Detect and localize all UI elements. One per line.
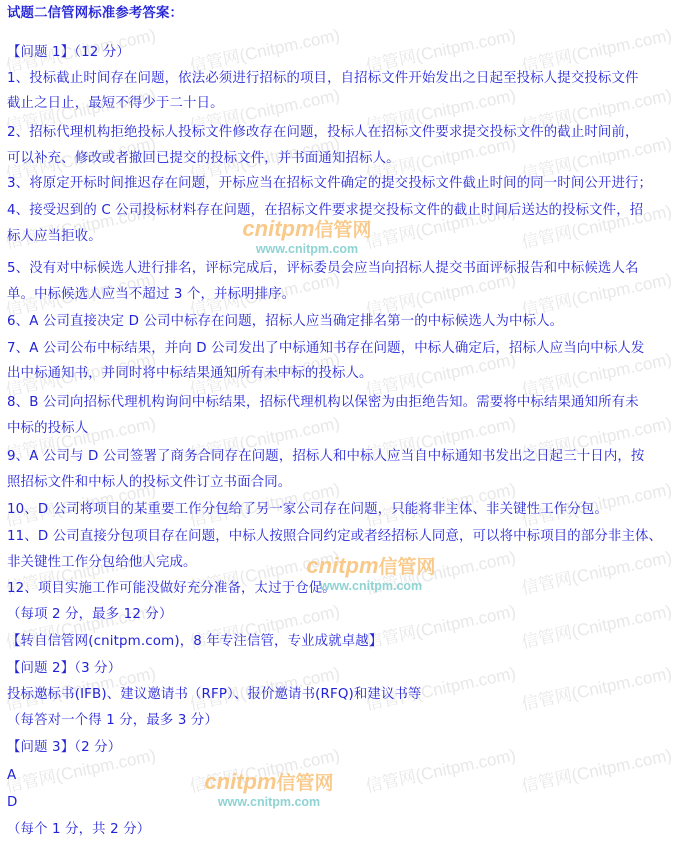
question1-line: 12、项目实施工作可能没做好充分准备，太过于仓促。 — [7, 581, 336, 597]
logo-main-text: cnitpm — [242, 216, 314, 241]
question1-line: 可以补充、修改或者撤回已提交的投标文件，并书面通知招标人。 — [7, 151, 400, 167]
question1-scoring: （每项 2 分，最多 12 分） — [7, 607, 173, 623]
logo-cn-text: 信管网 — [277, 773, 334, 794]
watermark-text: 信管网(Cnitpm.com) — [519, 21, 674, 77]
question1-line: 8、B 公司向招标代理机构询问中标结果，招标代理机构以保密为由拒绝告知。需要将中… — [7, 395, 639, 411]
question1-line: 7、A 公司公布中标结果，并向 D 公司发出了中标通知书存在问题，中标人确定后，… — [7, 341, 644, 357]
question3-answer: A — [7, 768, 16, 784]
logo-main-text: cnitpm — [306, 553, 378, 578]
watermark-text: 信管网(Cnitpm.com) — [519, 543, 674, 599]
question1-line: 照招标文件和中标人的投标文件订立书面合同。 — [7, 475, 291, 491]
question1-line: 2、招标代理机构拒绝投标人投标文件修改存在问题，投标人在招标文件要求提交投标文件… — [7, 125, 639, 141]
watermark-text: 信管网(Cnitpm.com) — [187, 741, 342, 797]
question1-line: 标人应当拒收。 — [7, 229, 102, 245]
watermark-text: 信管网(Cnitpm.com) — [363, 21, 518, 77]
question1-line: 3、将原定开标时间推迟存在问题，开标应当在招标文件确定的提交投标文件截止时间的同… — [7, 176, 652, 192]
watermark-text: 信管网(Cnitpm.com) — [363, 741, 518, 797]
question3-answer: D — [7, 795, 17, 811]
question1-line: 11、D 公司直接分包项目存在问题，中标人按照合同约定或者经招标人同意，可以将中… — [7, 529, 662, 545]
question3-header: 【问题 3】（2 分） — [7, 740, 121, 756]
question1-line: 单。中标候选人应当不超过 3 个，并标明排序。 — [7, 287, 295, 303]
watermark-text: 信管网(Cnitpm.com) — [519, 597, 674, 653]
question1-header: 【问题 1】（12 分） — [7, 45, 130, 61]
question2-header: 【问题 2】（3 分） — [7, 661, 121, 677]
logo-main-text: cnitpm — [204, 769, 276, 794]
question1-line: 4、接受迟到的 C 公司投标材料存在问题，在招标文件要求提交投标文件的截止时间后… — [7, 203, 643, 219]
logo-url-text: www.cnitpm.com — [194, 795, 344, 809]
logo-cn-text: 信管网 — [379, 557, 436, 578]
watermark-logo: cnitpm信管网 www.cnitpm.com — [194, 771, 344, 809]
question1-line: 5、没有对中标候选人进行排名，评标完成后，评标委员会应当向招标人提交书面评标报告… — [7, 261, 639, 277]
question1-line: 出中标通知书，并同时将中标结果通知所有未中标的投标人。 — [7, 366, 373, 382]
question3-scoring: （每个 1 分，共 2 分） — [7, 822, 150, 838]
watermark-text: 信管网(Cnitpm.com) — [519, 741, 674, 797]
question1-line: 10、D 公司将项目的某重要工作分包给了另一家公司存在问题，只能将非主体、非关键… — [7, 502, 608, 518]
watermark-text: 信管网(Cnitpm.com) — [363, 597, 518, 653]
document-title: 试题二信管网标准参考答案： — [7, 6, 183, 22]
question2-scoring: （每答对一个得 1 分，最多 3 分） — [7, 713, 218, 729]
question1-line: 非关键性工作分包给他人完成。 — [7, 555, 197, 571]
logo-url-text: www.cnitpm.com — [232, 242, 382, 256]
question1-line: 9、A 公司与 D 公司签署了商务合同存在问题，招标人和中标人应当自中标通知书发… — [7, 449, 644, 465]
watermark-text: 信管网(Cnitpm.com) — [187, 21, 342, 77]
question1-line: 1、投标截止时间存在问题，依法必须进行招标的项目，自招标文件开始发出之日起至投标… — [7, 71, 639, 87]
question1-line: 中标的投标人 — [7, 421, 88, 437]
question1-line: 截止之日止，最短不得少于二十日。 — [7, 96, 224, 112]
watermark-logo: cnitpm信管网 www.cnitpm.com — [232, 218, 382, 256]
question2-answer: 投标邀标书(IFB)、建议邀请书（RFP）、报价邀请书(RFQ)和建议书等 — [7, 687, 422, 703]
question1-line: 6、A 公司直接决定 D 公司中标存在问题，招标人应当确定排名第一的中标候选人为… — [7, 314, 563, 330]
source-note: 【转自信管网(cnitpm.com)，8 年专注信管，专业成就卓越】 — [7, 634, 382, 650]
logo-cn-text: 信管网 — [315, 220, 372, 241]
watermark-text: 信管网(Cnitpm.com) — [363, 543, 518, 599]
watermark-text: 信管网(Cnitpm.com) — [519, 659, 674, 715]
